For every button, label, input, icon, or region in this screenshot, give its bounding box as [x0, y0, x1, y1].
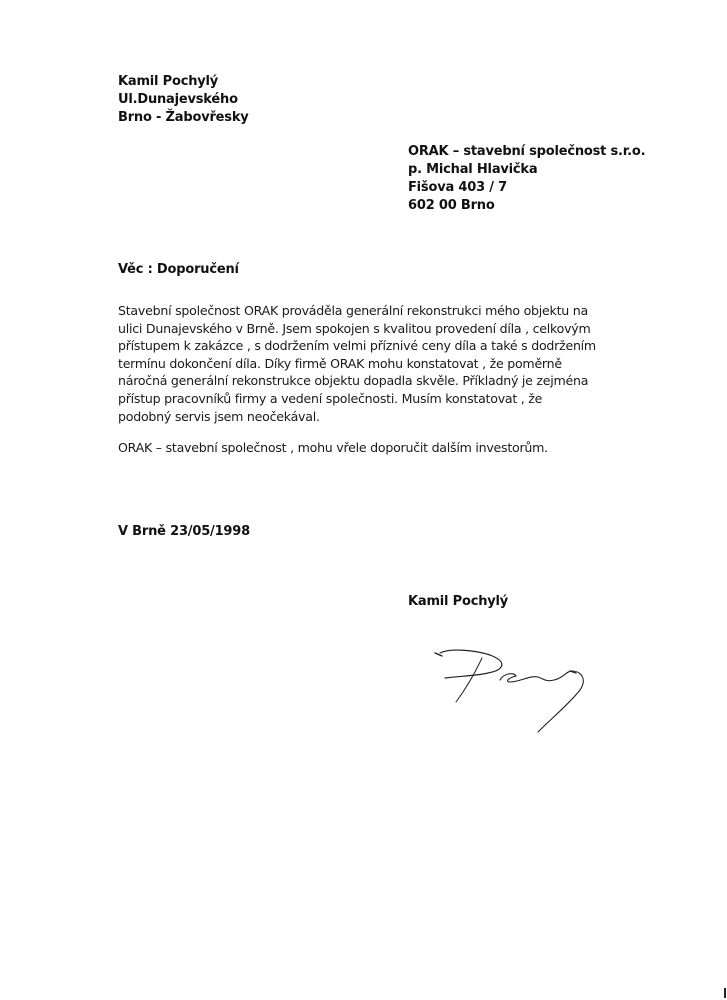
handwritten-signature-icon	[430, 640, 630, 750]
scan-edge-mark	[724, 988, 726, 998]
recipient-city: 602 00 Brno	[408, 197, 645, 215]
recipient-person: p. Michal Hlavička	[408, 161, 645, 179]
body-line: podobný servis jsem neočekával.	[118, 408, 596, 426]
body-paragraph-1: Stavební společnost ORAK prováděla gener…	[118, 302, 596, 425]
recipient-street: Fišova 403 / 7	[408, 179, 645, 197]
recipient-company: ORAK – stavební společnost s.r.o.	[408, 143, 645, 161]
body-line: přístupem k zakázce , s dodržením velmi …	[118, 337, 596, 355]
signature-name: Kamil Pochylý	[408, 594, 508, 609]
sender-address: Kamil Pochylý Ul.Dunajevského Brno - Žab…	[118, 73, 249, 127]
body-line: termínu dokončení díla. Díky firmě ORAK …	[118, 355, 596, 373]
body-line: přístup pracovníků firmy a vedení společ…	[118, 390, 596, 408]
recipient-address: ORAK – stavební společnost s.r.o. p. Mic…	[408, 143, 645, 215]
sender-name: Kamil Pochylý	[118, 73, 249, 91]
body-line: náročná generální rekonstrukce objektu d…	[118, 372, 596, 390]
body-line: Stavební společnost ORAK prováděla gener…	[118, 302, 596, 320]
body-line: ulici Dunajevského v Brně. Jsem spokojen…	[118, 320, 596, 338]
place-and-date: V Brně 23/05/1998	[118, 524, 250, 539]
body-line: ORAK – stavební společnost , mohu vřele …	[118, 439, 548, 457]
sender-city: Brno - Žabovřesky	[118, 109, 249, 127]
letter-subject: Věc : Doporučení	[118, 262, 239, 277]
body-paragraph-2: ORAK – stavební společnost , mohu vřele …	[118, 439, 548, 457]
sender-street: Ul.Dunajevského	[118, 91, 249, 109]
